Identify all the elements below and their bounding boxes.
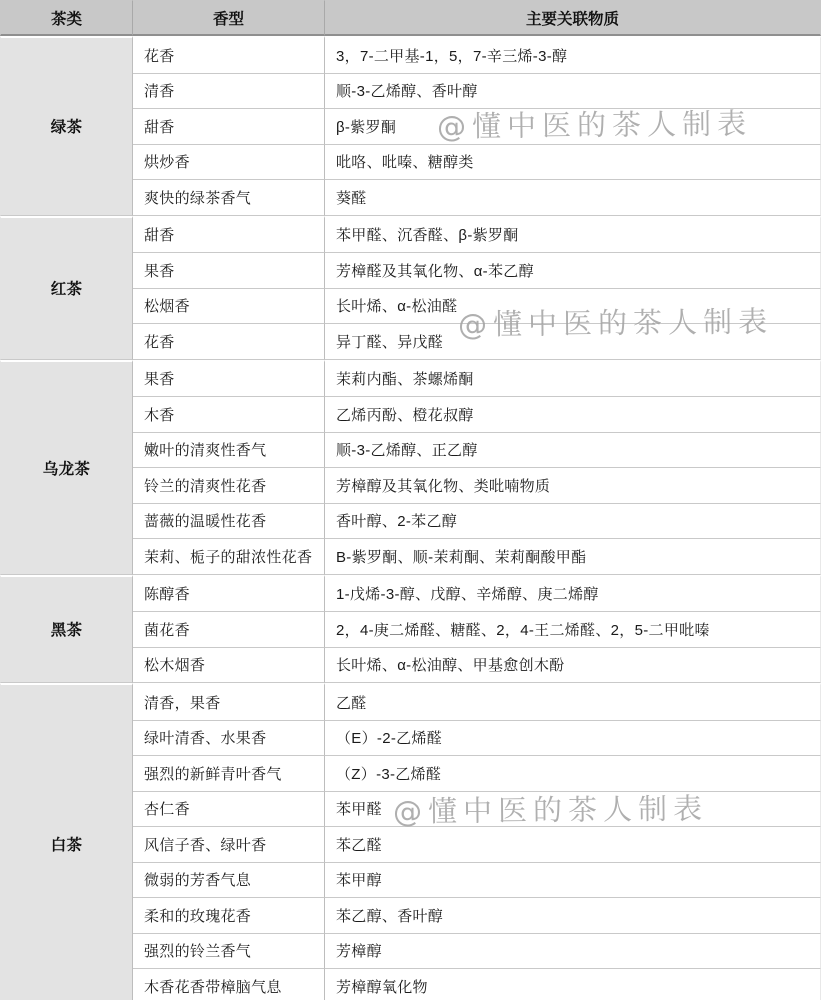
aroma-type-cell: 杏仁香	[133, 792, 325, 828]
aroma-type-cell: 强烈的铃兰香气	[133, 934, 325, 970]
aroma-type-cell: 风信子香、绿叶香	[133, 827, 325, 863]
tea-aroma-table: 茶类 香型 主要关联物质 绿茶花香3，7-二甲基-1，5，7-辛三烯-3-醇清香…	[0, 0, 821, 1000]
aroma-type-cell: 木香花香带樟脑气息	[133, 969, 325, 1000]
substances-cell: 长叶烯、α-松油醛	[325, 289, 821, 325]
aroma-type-cell: 烘炒香	[133, 145, 325, 181]
table-row: 白茶清香，果香乙醛	[0, 683, 821, 721]
substances-cell: 苯甲醇	[325, 863, 821, 899]
aroma-type-cell: 花香	[133, 36, 325, 74]
table-row: 乌龙茶果香茉莉内酯、茶螺烯酮	[0, 360, 821, 398]
aroma-type-cell: 爽快的绿茶香气	[133, 180, 325, 216]
aroma-type-cell: 微弱的芳香气息	[133, 863, 325, 899]
substances-cell: 乙烯丙酚、橙花叔醇	[325, 397, 821, 433]
substances-cell: 苯乙醛	[325, 827, 821, 863]
tea-type-cell: 乌龙茶	[0, 360, 133, 575]
table-row: 红茶甜香苯甲醛、沉香醛、β-紫罗酮	[0, 216, 821, 254]
header-row: 茶类 香型 主要关联物质	[0, 0, 821, 36]
substances-cell: 苯甲醛、沉香醛、β-紫罗酮	[325, 216, 821, 254]
substances-cell: 芳樟醇	[325, 934, 821, 970]
aroma-type-cell: 柔和的玫瑰花香	[133, 898, 325, 934]
substances-cell: 3，7-二甲基-1，5，7-辛三烯-3-醇	[325, 36, 821, 74]
aroma-type-cell: 花香	[133, 324, 325, 360]
substances-cell: 乙醛	[325, 683, 821, 721]
table-row: 绿茶花香3，7-二甲基-1，5，7-辛三烯-3-醇	[0, 36, 821, 74]
substances-cell: 2，4-庚二烯醛、糖醛、2，4-王二烯醛、2，5-二甲吡嗪	[325, 612, 821, 648]
header-tea-type: 茶类	[0, 0, 133, 36]
header-aroma-type: 香型	[133, 0, 325, 36]
substances-cell: 吡咯、吡嗪、糖醇类	[325, 145, 821, 181]
substances-cell: 顺-3-乙烯醇、香叶醇	[325, 74, 821, 110]
substances-cell: 1-戊烯-3-醇、戊醇、辛烯醇、庚二烯醇	[325, 575, 821, 613]
aroma-type-cell: 甜香	[133, 109, 325, 145]
substances-cell: 茉莉内酯、茶螺烯酮	[325, 360, 821, 398]
aroma-type-cell: 松木烟香	[133, 648, 325, 684]
tea-type-cell: 黑茶	[0, 575, 133, 684]
substances-cell: 芳樟醛及其氧化物、α-苯乙醇	[325, 253, 821, 289]
aroma-type-cell: 清香，果香	[133, 683, 325, 721]
tea-type-cell: 红茶	[0, 216, 133, 360]
aroma-type-cell: 蔷薇的温暖性花香	[133, 504, 325, 540]
substances-cell: 芳樟醇及其氧化物、类吡喃物质	[325, 468, 821, 504]
header-substances: 主要关联物质	[325, 0, 821, 36]
substances-cell: 长叶烯、α-松油醇、甲基愈创木酚	[325, 648, 821, 684]
substances-cell: 香叶醇、2-苯乙醇	[325, 504, 821, 540]
substances-cell: 葵醛	[325, 180, 821, 216]
substances-cell: 苯甲醛	[325, 792, 821, 828]
substances-cell: B-紫罗酮、顺-茉莉酮、茉莉酮酸甲酯	[325, 539, 821, 575]
aroma-type-cell: 果香	[133, 253, 325, 289]
table-row: 黑茶陈醇香1-戊烯-3-醇、戊醇、辛烯醇、庚二烯醇	[0, 575, 821, 613]
substances-cell: 芳樟醇氧化物	[325, 969, 821, 1000]
aroma-type-cell: 松烟香	[133, 289, 325, 325]
aroma-type-cell: 强烈的新鲜青叶香气	[133, 756, 325, 792]
substances-cell: 苯乙醇、香叶醇	[325, 898, 821, 934]
aroma-type-cell: 清香	[133, 74, 325, 110]
substances-cell: 顺-3-乙烯醇、正乙醇	[325, 433, 821, 469]
aroma-type-cell: 木香	[133, 397, 325, 433]
aroma-type-cell: 果香	[133, 360, 325, 398]
tea-type-cell: 白茶	[0, 683, 133, 1000]
aroma-type-cell: 绿叶清香、水果香	[133, 721, 325, 757]
aroma-type-cell: 甜香	[133, 216, 325, 254]
tea-type-cell: 绿茶	[0, 36, 133, 216]
substances-cell: β-紫罗酮	[325, 109, 821, 145]
tea-aroma-table-page: 茶类 香型 主要关联物质 绿茶花香3，7-二甲基-1，5，7-辛三烯-3-醇清香…	[0, 0, 821, 1000]
aroma-type-cell: 嫩叶的清爽性香气	[133, 433, 325, 469]
substances-cell: 异丁醛、异戊醛	[325, 324, 821, 360]
substances-cell: （Z）-3-乙烯醛	[325, 756, 821, 792]
aroma-type-cell: 菌花香	[133, 612, 325, 648]
substances-cell: （E）-2-乙烯醛	[325, 721, 821, 757]
aroma-type-cell: 铃兰的清爽性花香	[133, 468, 325, 504]
aroma-type-cell: 茉莉、栀子的甜浓性花香	[133, 539, 325, 575]
aroma-type-cell: 陈醇香	[133, 575, 325, 613]
